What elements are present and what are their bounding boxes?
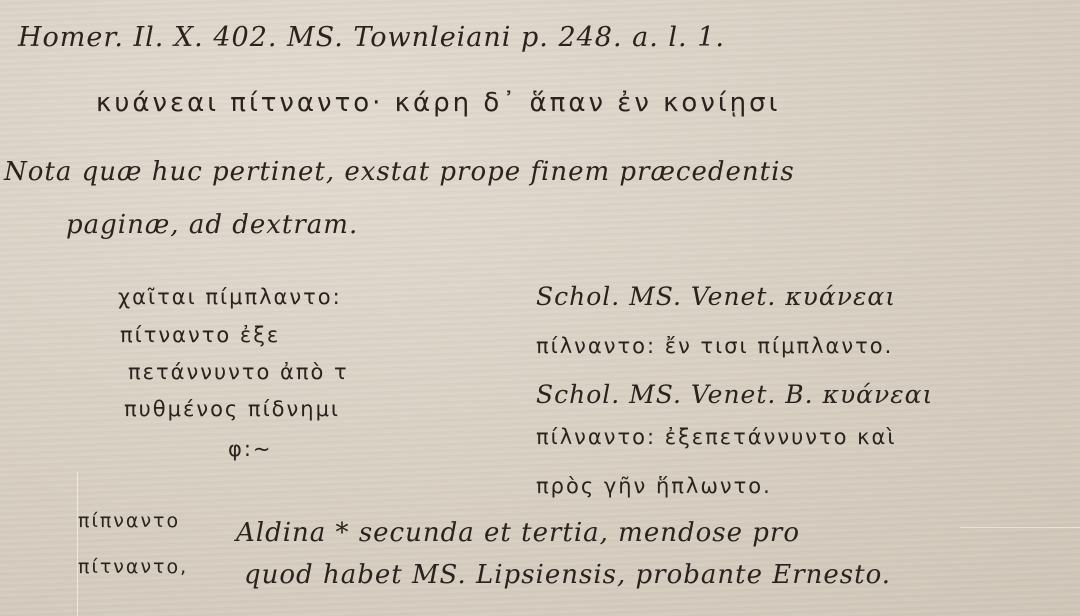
bottom-greek-word: πίπναντο — [78, 510, 180, 532]
note-line-1: Nota quæ huc pertinet, exstat prope fine… — [4, 157, 795, 187]
bottom-greek-word: πίτναντο, — [78, 556, 188, 578]
left-gloss-line: πίτναντο ἐξε — [120, 323, 280, 347]
paper-inset-edge-vertical — [77, 472, 78, 616]
scholia-line: πρὸς γῆν ἥπλωντο. — [536, 474, 772, 498]
left-gloss-line: πυθμένος πίδνημι — [124, 397, 340, 421]
quoted-greek-verse: κυάνεαι πίτναντο· κάρη δ᾽ ἅπαν ἐν κονίῃσ… — [96, 88, 780, 118]
heading-reference: Homer. Il. X. 402. MS. Townleiani p. 248… — [18, 22, 725, 53]
bottom-latin-text: Aldina * secunda et tertia, mendose pro — [236, 518, 800, 548]
bottom-latin-text: quod habet MS. Lipsiensis, probante Erne… — [244, 560, 891, 590]
scholia-line: Schol. MS. Venet. κυάνεαι — [536, 282, 896, 311]
scholia-line: πίλναντο: ἔν τισι πίμπλαντο. — [536, 334, 893, 358]
left-gloss-line: φ:~ — [228, 437, 273, 461]
left-gloss-line: χαῖται πίμπλαντο: — [118, 285, 342, 309]
paper-inset-edge-horizontal — [960, 527, 1080, 528]
left-gloss-line: πετάννυντο ἀπὸ τ — [128, 360, 349, 384]
scholia-line: Schol. MS. Venet. B. κυάνεαι — [536, 380, 933, 409]
scholia-line: πίλναντο: ἐξεπετάννυντο καὶ — [536, 425, 896, 449]
note-line-2: paginæ, ad dextram. — [66, 210, 358, 240]
